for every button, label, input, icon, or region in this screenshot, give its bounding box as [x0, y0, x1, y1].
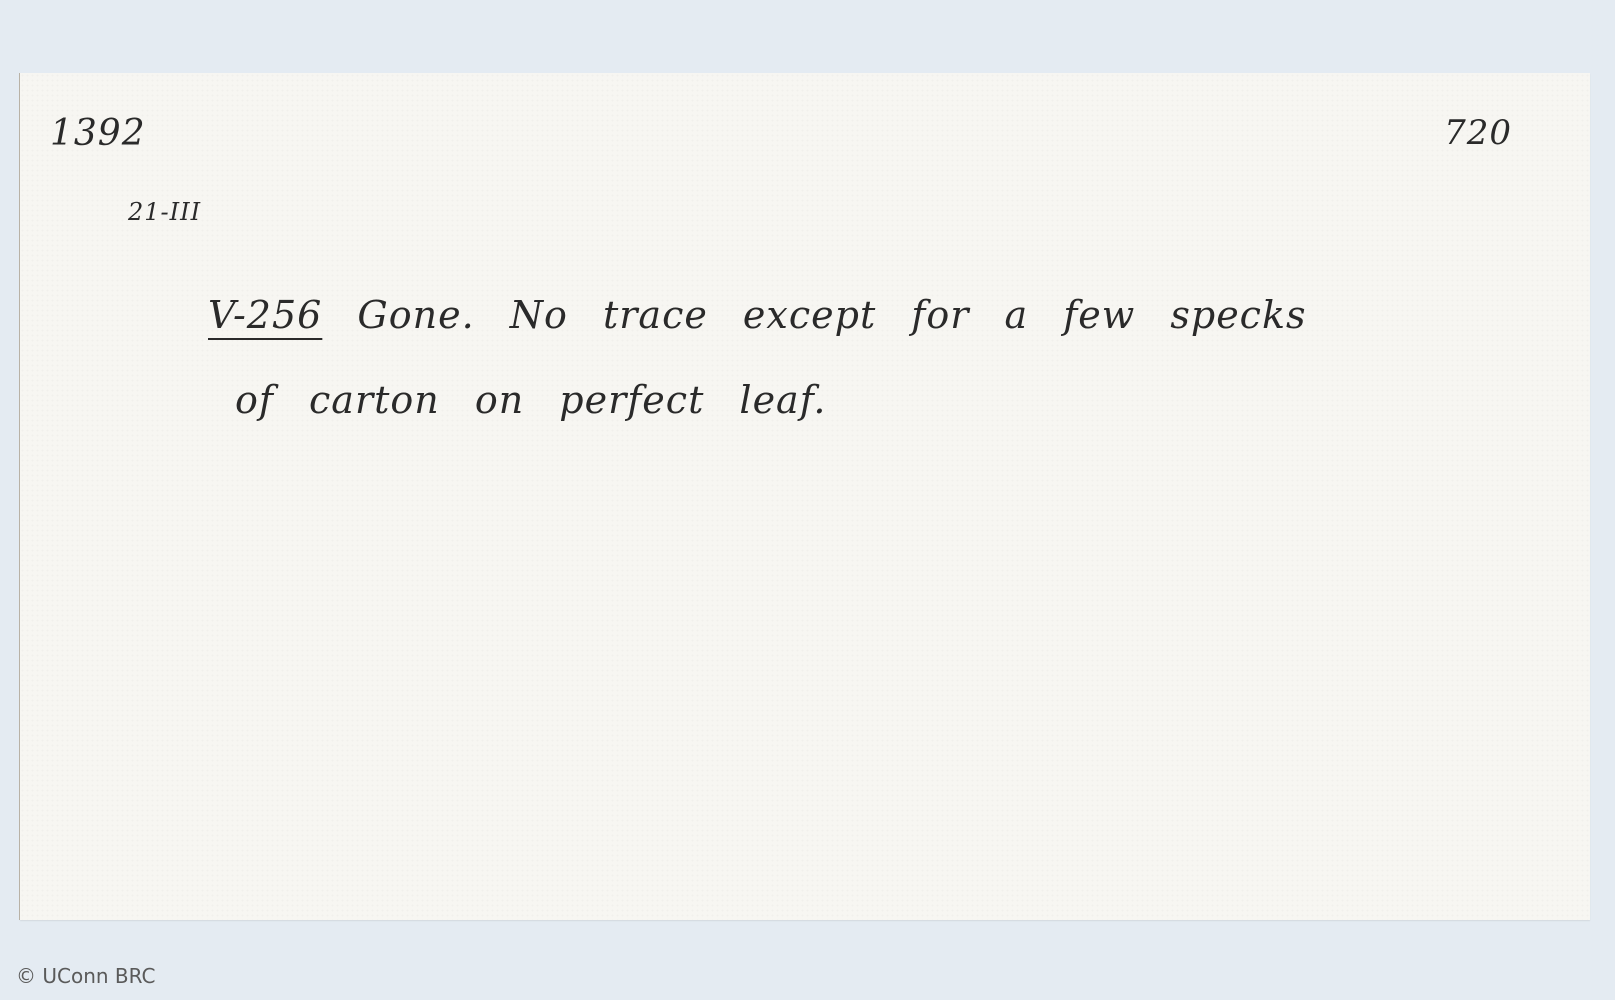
specimen-reference: V-256	[208, 293, 322, 337]
copyright-notice: © UConn BRC	[16, 964, 156, 988]
index-card: 1392 720 21-III V-256 Gone. No trace exc…	[20, 73, 1590, 920]
catalog-number: 720	[1444, 113, 1512, 153]
accession-number: 1392	[50, 113, 146, 154]
note-line-1-text: Gone. No trace except for a few specks	[357, 293, 1306, 337]
note-line-1: V-256 Gone. No trace except for a few sp…	[208, 293, 1307, 337]
sub-reference: 21-III	[128, 198, 201, 226]
note-line-2: of carton on perfect leaf.	[235, 378, 827, 422]
